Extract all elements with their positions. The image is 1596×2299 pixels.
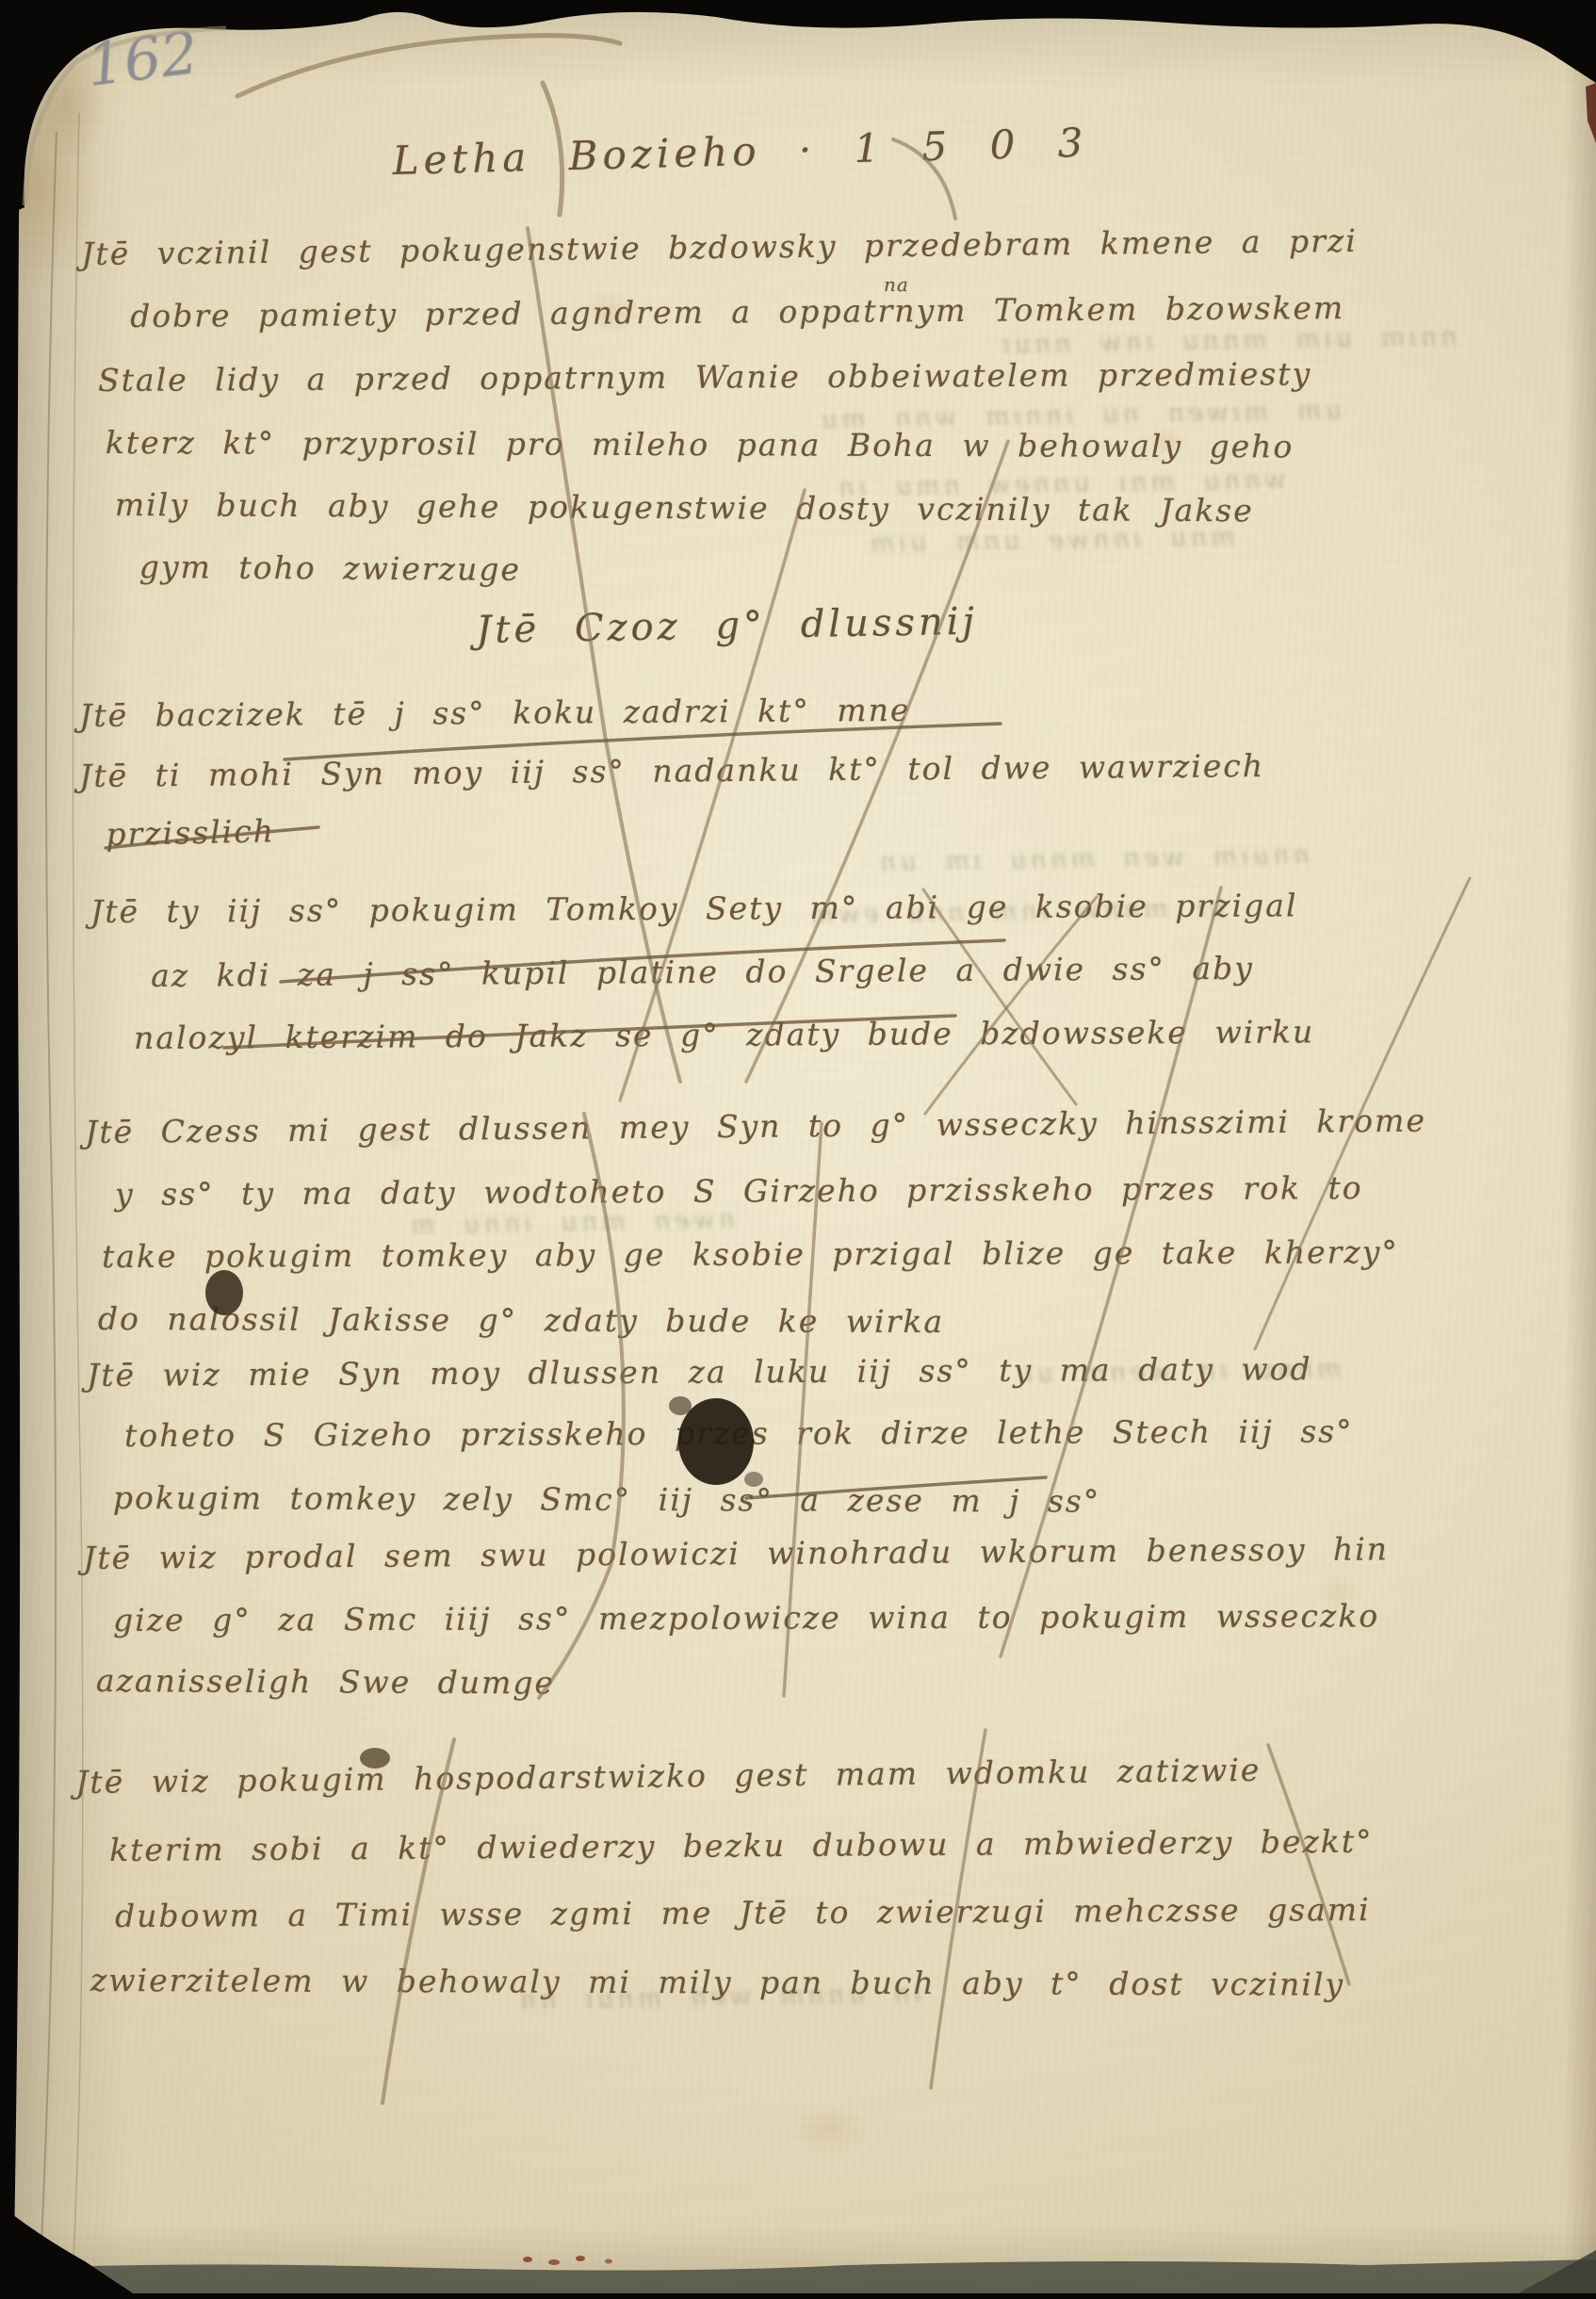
manuscript-line: kterz kt° przyprosil pro mileho pana Boh…	[106, 424, 1294, 465]
manuscript-line: Jtē wiz prodal sem swu polowiczi winohra…	[83, 1530, 1389, 1576]
manuscript-line: do nalossil Jakisse g° zdaty bude ke wir…	[98, 1300, 944, 1340]
pencil-mark	[8, 35, 32, 123]
manuscript-line: pokugim tomkey zely Smc° iij ss° a zese …	[113, 1479, 1100, 1520]
manuscript-page: nnım uım mnnu ınw nnuıum mıwen nu ınnım …	[0, 0, 1596, 2299]
manuscript-line: gize g° za Smc iiij ss° mezpolowicze win…	[113, 1597, 1379, 1639]
manuscript-line: Jtē baczizek tē j ss° koku zadrzi kt° mn…	[79, 692, 911, 734]
manuscript-line: Jtē ti mohi Syn moy iij ss° nadanku kt° …	[79, 747, 1264, 794]
manuscript-line: mily buch aby gehe pokugenstwie dosty vc…	[115, 486, 1254, 529]
manuscript-line: dubowm a Timi wsse zgmi me Jtē to zwierz…	[115, 1891, 1371, 1934]
manuscript-line: Jtē wiz pokugim hospodarstwizko gest mam…	[75, 1752, 1262, 1801]
manuscript-heading: Letha Bozieho · 1 5 0 3	[392, 120, 1088, 184]
folio-number: 162	[83, 18, 202, 100]
manuscript-line: Stale lidy a przed oppatrnym Wanie obbei…	[98, 355, 1311, 399]
manuscript-subheading: Jtē Czoz g° dlussnij	[476, 600, 978, 652]
manuscript-line: take pokugim tomkey aby ge ksobie prziga…	[102, 1233, 1399, 1275]
manuscript-line: kterim sobi a kt° dwiederzy bezku dubowu…	[109, 1823, 1374, 1868]
manuscript-line: nalozyl kterzim do Jakz se g° zdaty bude…	[134, 1013, 1314, 1056]
manuscript-super: na	[884, 273, 909, 296]
manuscript-line: y ss° ty ma daty wodtoheto S Girzeho prz…	[115, 1169, 1363, 1213]
manuscript-line: gym toho zwierzuge	[139, 548, 521, 588]
manuscript-line: az kdi za j ss° kupil platine do Srgele …	[151, 950, 1254, 994]
manuscript-line: Jtē ty iij ss° pokugim Tomkoy Sety m° ab…	[90, 887, 1298, 930]
manuscript-line: Jtē vczinil gest pokugenstwie bzdowsky p…	[81, 222, 1358, 272]
manuscript-line: dobre pamiety przed agndrem a oppatrnym …	[130, 289, 1344, 334]
manuscript-line: toheto S Gizeho przisskeho przes rok dir…	[124, 1412, 1354, 1454]
manuscript-line: zwierzitelem w behowaly mi mily pan buch…	[90, 1962, 1344, 2003]
manuscript-line: azanisseligh Swe dumge	[96, 1662, 555, 1702]
scanned-manuscript: nnım uım mnnu ınw nnuıum mıwen nu ınnım …	[0, 0, 1596, 2299]
text-layer: 162 Letha Bozieho · 1 5 0 3Jtē vczinil g…	[0, 0, 1596, 2299]
manuscript-line: Jtē Czess mi gest dlussen mey Syn to g° …	[85, 1102, 1426, 1150]
manuscript-line: przisslich	[106, 812, 275, 853]
manuscript-line: Jtē wiz mie Syn moy dlussen za luku iij …	[87, 1350, 1312, 1394]
